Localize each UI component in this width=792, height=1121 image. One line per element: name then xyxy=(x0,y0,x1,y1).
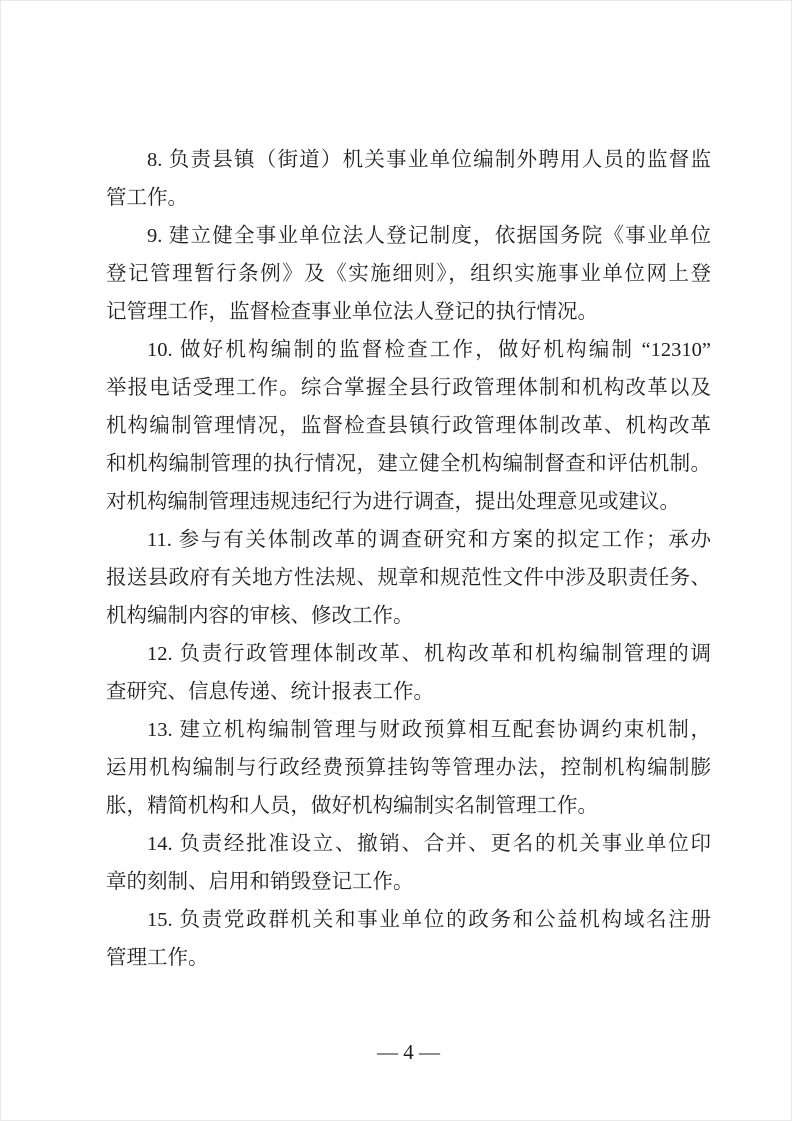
text-line: 章的刻制、启用和销毁登记工作。 xyxy=(106,863,711,901)
document-page: 8. 负责县镇（街道）机关事业单位编制外聘用人员的监督监管工作。9. 建立健全事… xyxy=(0,0,792,1121)
text-line: 机构编制管理情况，监督检查县镇行政管理体制改革、机构改革 xyxy=(106,407,711,445)
text-line: 机构编制内容的审核、修改工作。 xyxy=(106,597,711,635)
page-footer: — 4 — xyxy=(106,1033,711,1071)
text-line: 记管理工作，监督检查事业单位法人登记的执行情况。 xyxy=(106,293,711,331)
text-line: 和机构编制管理的执行情况，建立健全机构编制督查和评估机制。 xyxy=(106,445,711,483)
text-line: 登记管理暂行条例》及《实施细则》，组织实施事业单位网上登 xyxy=(106,255,711,293)
text-line: 管工作。 xyxy=(106,179,711,217)
text-line: 运用机构编制与行政经费预算挂钩等管理办法，控制机构编制膨 xyxy=(106,749,711,787)
text-line: 14. 负责经批准设立、撤销、合并、更名的机关事业单位印 xyxy=(106,825,711,863)
text-line: 9. 建立健全事业单位法人登记制度，依据国务院《事业单位 xyxy=(106,217,711,255)
text-line: 15. 负责党政群机关和事业单位的政务和公益机构域名注册 xyxy=(106,901,711,939)
text-line: 8. 负责县镇（街道）机关事业单位编制外聘用人员的监督监 xyxy=(106,141,711,179)
text-line: 查研究、信息传递、统计报表工作。 xyxy=(106,673,711,711)
text-line: 胀，精简机构和人员，做好机构编制实名制管理工作。 xyxy=(106,787,711,825)
text-line: 管理工作。 xyxy=(106,939,711,977)
text-line: 13. 建立机构编制管理与财政预算相互配套协调约束机制， xyxy=(106,711,711,749)
text-line: 举报电话受理工作。综合掌握全县行政管理体制和机构改革以及 xyxy=(106,369,711,407)
text-line: 11. 参与有关体制改革的调查研究和方案的拟定工作；承办 xyxy=(106,521,711,559)
text-line: 10. 做好机构编制的监督检查工作，做好机构编制 “12310” xyxy=(106,331,711,369)
text-line: 报送县政府有关地方性法规、规章和规范性文件中涉及职责任务、 xyxy=(106,559,711,597)
text-line: 12. 负责行政管理体制改革、机构改革和机构编制管理的调 xyxy=(106,635,711,673)
text-line: 对机构编制管理违规违纪行为进行调查，提出处理意见或建议。 xyxy=(106,483,711,521)
document-body: 8. 负责县镇（街道）机关事业单位编制外聘用人员的监督监管工作。9. 建立健全事… xyxy=(106,141,711,977)
page-number: — 4 — xyxy=(377,1040,440,1064)
